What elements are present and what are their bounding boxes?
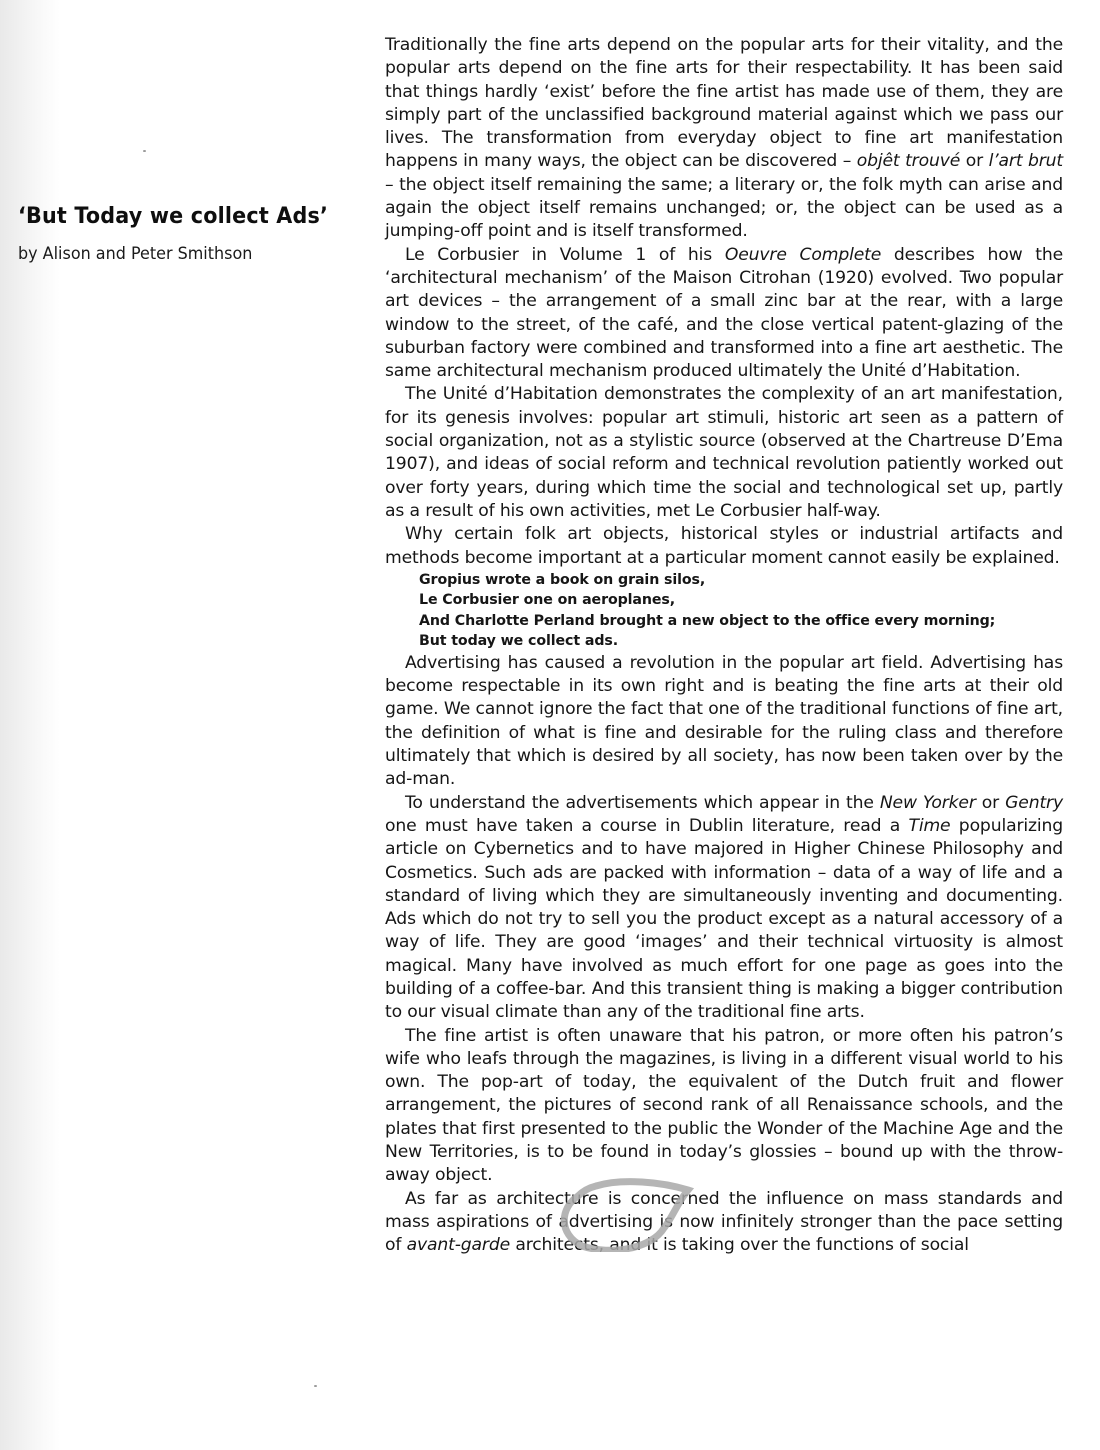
italic-magazine-title: New Yorker — [880, 793, 976, 813]
paper-speck — [143, 150, 146, 152]
text-run: or — [960, 151, 988, 171]
italic-term: avant-garde — [407, 1235, 510, 1255]
verse-line: Le Corbusier one on aeroplanes, — [419, 590, 1063, 611]
paragraph-4: Why certain folk art objects, historical… — [385, 523, 1063, 570]
verse-line: But today we collect ads. — [419, 631, 1063, 652]
italic-term: l’art brut — [989, 151, 1063, 171]
text-run: – the object itself remaining the same; … — [385, 175, 1063, 242]
text-run: To understand the advertisements which a… — [405, 793, 880, 813]
text-run: one must have taken a course in Dublin l… — [385, 816, 908, 836]
paragraph-3: The Unité d’Habitation demonstrates the … — [385, 383, 1063, 523]
paragraph-8: As far as architecture is concerned the … — [385, 1188, 1063, 1258]
paragraph-5: Advertising has caused a revolution in t… — [385, 652, 1063, 792]
text-run: popularizing article on Cybernetics and … — [385, 816, 1063, 1022]
text-run: describes how the ‘architectural mechani… — [385, 245, 1063, 381]
article-title: ‘But Today we collect Ads’ — [18, 204, 347, 229]
paragraph-6: To understand the advertisements which a… — [385, 792, 1063, 1025]
verse-line: And Charlotte Perland brought a new obje… — [419, 611, 1063, 632]
italic-magazine-title: Time — [908, 816, 950, 836]
text-run: architects, and it is taking over the fu… — [510, 1235, 969, 1255]
paragraph-2: Le Corbusier in Volume 1 of his Oeuvre C… — [385, 244, 1063, 384]
italic-magazine-title: Gentry — [1005, 793, 1063, 813]
italic-term: objêt trouvé — [857, 151, 960, 171]
verse-quote: Gropius wrote a book on grain silos, Le … — [385, 570, 1063, 652]
verse-line: Gropius wrote a book on grain silos, — [419, 570, 1063, 591]
article-byline: by Alison and Peter Smithson — [18, 244, 347, 264]
paragraph-1: Traditionally the fine arts depend on th… — [385, 34, 1063, 244]
paper-speck — [314, 1385, 317, 1387]
paragraph-7: The fine artist is often unaware that hi… — [385, 1025, 1063, 1188]
text-run: Le Corbusier in Volume 1 of his — [405, 245, 725, 265]
article-header: ‘But Today we collect Ads’ by Alison and… — [18, 204, 368, 264]
text-run: or — [976, 793, 1005, 813]
article-body: Traditionally the fine arts depend on th… — [385, 34, 1063, 1258]
italic-book-title: Oeuvre Complete — [725, 245, 881, 265]
